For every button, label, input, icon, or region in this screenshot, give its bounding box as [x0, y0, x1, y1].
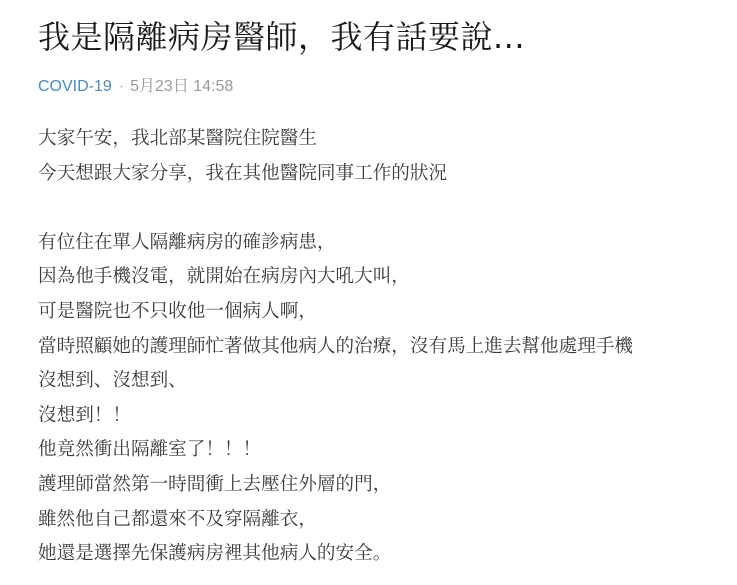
body-line: 雖然他自己都還來不及穿隔離衣， — [38, 503, 633, 538]
article-body: 大家午安，我北部某醫院住院醫生 今天想跟大家分享，我在其他醫院同事工作的狀況 有… — [38, 122, 633, 572]
body-line: 沒想到！！ — [38, 399, 633, 434]
body-line: 大家午安，我北部某醫院住院醫生 — [38, 122, 633, 157]
body-line: 有位住在單人隔離病房的確診病患， — [38, 226, 633, 261]
meta-separator: · — [119, 78, 124, 95]
body-line: 沒想到、沒想到、 — [38, 364, 633, 399]
body-line: 可是醫院也不只收他一個病人啊， — [38, 295, 633, 330]
category-link[interactable]: COVID-19 — [38, 78, 112, 95]
article-meta: COVID-19·5月23日 14:58 — [38, 76, 233, 98]
body-line: 他竟然衝出隔離室了！！！ — [38, 433, 633, 468]
article-title: 我是隔離病房醫師，我有話要說... — [38, 15, 525, 59]
body-line: 她還是選擇先保護病房裡其他病人的安全。 — [38, 537, 633, 572]
body-line-blank — [38, 191, 633, 226]
post-timestamp: 5月23日 14:58 — [130, 78, 233, 95]
body-line: 護理師當然第一時間衝上去壓住外層的門， — [38, 468, 633, 503]
body-line: 因為他手機沒電，就開始在病房內大吼大叫， — [38, 260, 633, 295]
body-line: 今天想跟大家分享，我在其他醫院同事工作的狀況 — [38, 157, 633, 192]
body-line: 當時照顧她的護理師忙著做其他病人的治療，沒有馬上進去幫他處理手機 — [38, 330, 633, 365]
